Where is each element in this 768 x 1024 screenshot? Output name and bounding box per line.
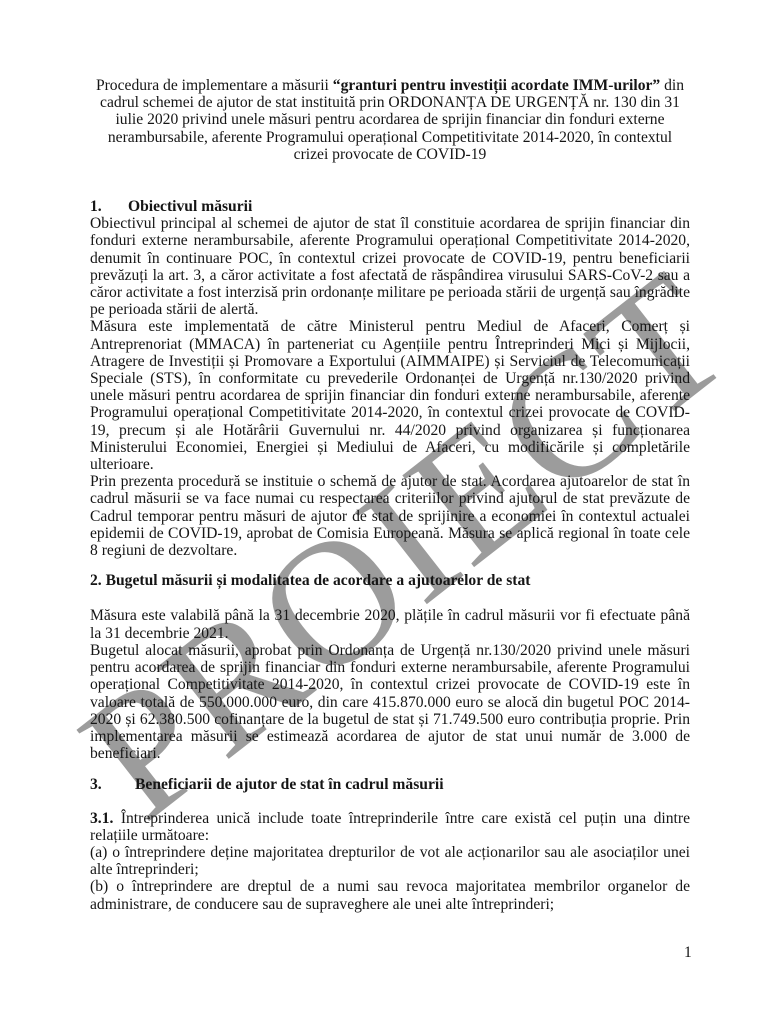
clause-3-1-item-a: (a) o întreprindere deține majoritatea d… <box>90 844 690 878</box>
section-2-paragraph-1: Măsura este valabilă până la 31 decembri… <box>90 607 690 641</box>
document-content: Procedura de implementare a măsurii “gra… <box>0 0 768 913</box>
document-page: PROIECT Procedura de implementare a măsu… <box>0 0 768 1024</box>
section-1-heading-text: Obiectivul măsurii <box>128 198 252 215</box>
section-3-number: 3. <box>90 776 135 793</box>
section-1-number: 1. <box>90 198 128 215</box>
section-2-paragraph-2: Bugetul alocat măsurii, aprobat prin Ord… <box>90 642 690 762</box>
section-1-paragraph-1: Obiectivul principal al schemei de ajuto… <box>90 215 690 318</box>
section-3-heading: 3.Beneficiarii de ajutor de stat în cadr… <box>90 776 690 793</box>
section-2-heading: 2. Bugetul măsurii și modalitatea de aco… <box>90 572 690 589</box>
clause-3-1: 3.1. Întreprinderea unică include toate … <box>90 810 690 844</box>
section-1-heading: 1.Obiectivul măsurii <box>90 198 690 215</box>
section-1-paragraph-2: Măsura este implementată de către Minist… <box>90 318 690 473</box>
title-segment-bold: “granturi pentru investiții acordate IMM… <box>333 77 660 94</box>
section-1-paragraph-3: Prin prezenta procedură se instituie o s… <box>90 473 690 559</box>
section-3-heading-text: Beneficiarii de ajutor de stat în cadrul… <box>135 776 444 793</box>
clause-3-1-label: 3.1. <box>90 810 113 827</box>
clause-3-1-text: Întreprinderea unică include toate între… <box>90 810 690 844</box>
title-segment-start: Procedura de implementare a măsurii <box>96 77 333 94</box>
page-number: 1 <box>684 944 692 962</box>
clause-3-1-item-b: (b) o întreprindere are dreptul de a num… <box>90 878 690 912</box>
document-title: Procedura de implementare a măsurii “gra… <box>90 77 690 163</box>
